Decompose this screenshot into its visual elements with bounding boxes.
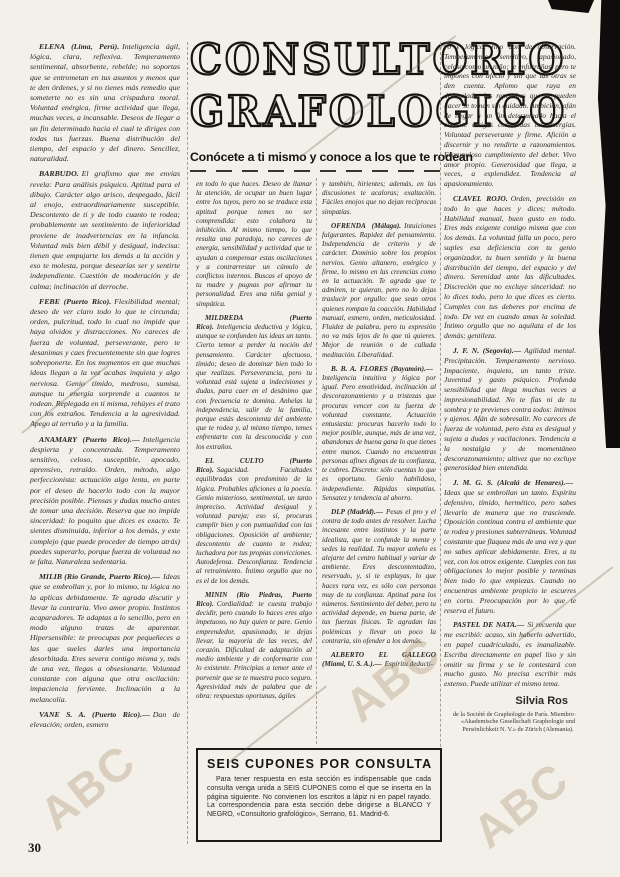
entry-text: Orden, precisión en todo lo que haces y … (444, 194, 576, 340)
entry-heading: VANE S. A. (Puerto Rico).— (39, 710, 150, 719)
scan-edge-bar (596, 0, 620, 448)
entry: OFRENDA (Málaga).Intuiciones fulgurantes… (322, 222, 436, 360)
entry-heading: B. B. A. FLORES (Bayamón).— (331, 365, 433, 373)
entry-text: Agilidad mental. Precipitación. Temperam… (444, 346, 576, 473)
entry-text: Inteligencia ágil, lógica, clara, reflex… (30, 42, 180, 163)
entry-text: en todo lo que haces. Deseo de llamar la… (196, 180, 312, 308)
entry-continuation: vo y lógico; fino don de observación. Te… (444, 42, 576, 189)
page-number: 30 (28, 840, 41, 856)
coupon-box-body: Para tener respuesta en esta sección es … (207, 776, 431, 820)
entry-heading: DLP (Madrid).— (331, 508, 383, 516)
entry-heading: ANAMARY (Puerto Rico).— (39, 435, 140, 444)
text-column-4: vo y lógico; fino don de observación. Te… (444, 42, 576, 842)
entry: BARBUDO.El grafismo que me envías revela… (30, 169, 180, 291)
entry-text: y también, hirientes; además, en las dis… (322, 180, 436, 216)
entry-text: Pesas el pro y el contra de todo antes d… (322, 508, 436, 645)
entry-heading: J. M. G. S. (Alcalá de Henares).— (453, 478, 573, 487)
entry-text: Flexibilidad mental; deseo de ver claro … (30, 297, 180, 428)
entry: FEBE (Puerto Rico).Flexibilidad mental; … (30, 297, 180, 430)
entry: J. F. N. (Segovia).—Agilidad mental. Pre… (444, 346, 576, 473)
entry-text: Inteligencia despierta y concentrada. Te… (30, 435, 180, 566)
entry-text: Sagacidad. Facultades equilibradas con p… (196, 466, 312, 584)
entry: EL CULTO (Puerto Rico).Sagacidad. Facult… (196, 457, 312, 586)
page-title-line-1: CONSULTORIO (190, 32, 440, 87)
entry: VANE S. A. (Puerto Rico).—Dan de elevaci… (30, 710, 180, 730)
coupon-box: SEIS CUPONES POR CONSULTA Para tener res… (196, 748, 442, 842)
entry-heading: PASTEL DE NATA.— (453, 620, 524, 629)
entry: J. M. G. S. (Alcalá de Henares).—Ideas q… (444, 478, 576, 615)
entry-heading: FEBE (Puerto Rico). (39, 297, 111, 306)
entry-text: Ideas que se embrollan y, por lo mismo, … (30, 572, 180, 703)
coupon-box-title: SEIS CUPONES POR CONSULTA (207, 757, 431, 771)
masthead: CONSULTORIO GRAFOLOGICO Conócete a ti mi… (190, 34, 440, 172)
columnist-credit: de la Société de Graphologie de París. M… (444, 711, 576, 733)
column-divider (440, 42, 441, 842)
entry: MILDREDA (Puerto Rico).Inteligencia dedu… (196, 314, 312, 452)
entry-text: Ideas que se embrollan un tanto. Espírit… (444, 488, 576, 615)
entry-heading: OFRENDA (Málaga). (331, 222, 401, 230)
entry: CLAVEL ROJO.Orden, precisión en todo lo … (444, 194, 576, 341)
entry: MILIB (Río Grande, Puerto Rico).—Ideas q… (30, 572, 180, 705)
section-subtitle: Conócete a ti mismo y conoce a los que t… (190, 150, 440, 164)
column-divider (316, 178, 317, 744)
magazine-page-scan: CONSULTORIO GRAFOLOGICO Conócete a ti mi… (0, 0, 620, 877)
entry: ALBERTO EL GALLEGO (Miami, U. S. A.).—Es… (322, 651, 436, 669)
text-column-1: ELENA (Lima, Perú).Inteligencia ágil, ló… (30, 42, 180, 824)
entry-text: Inteligencia intuitiva y lógica por igua… (322, 374, 436, 502)
entry-text: El grafismo que me envías revela: Para a… (30, 169, 180, 290)
entry: ELENA (Lima, Perú).Inteligencia ágil, ló… (30, 42, 180, 164)
entry-heading: BARBUDO. (39, 169, 79, 178)
entry-text: vo y lógico; fino don de observación. Te… (444, 42, 576, 188)
entry: ANAMARY (Puerto Rico).—Inteligencia desp… (30, 435, 180, 568)
entry-heading: J. F. N. (Segovia).— (453, 346, 521, 355)
entry-text: Espíritu deducti- (385, 660, 434, 668)
entry-heading: MILIB (Río Grande, Puerto Rico).— (39, 572, 160, 581)
entry-text: Intuiciones fulgurantes. Rapidez del pen… (322, 222, 436, 359)
entry-continuation: y también, hirientes; además, en las dis… (322, 180, 436, 217)
entry: MININ (Río Piedras, Puerto Rico).Cordial… (196, 591, 312, 701)
entry-text: Si recuerda que me escribió: acaso, sin … (444, 620, 576, 688)
entry: PASTEL DE NATA.—Si recuerda que me escri… (444, 620, 576, 689)
entry-heading: CLAVEL ROJO. (453, 194, 508, 203)
column-divider (187, 42, 188, 844)
dashed-divider (190, 170, 440, 172)
entry-continuation: en todo lo que haces. Deseo de llamar la… (196, 180, 312, 309)
scan-edge-mark (548, 0, 594, 13)
text-column-2: en todo lo que haces. Deseo de llamar la… (196, 180, 312, 742)
entry-text: Inteligencia deductiva y lógica, aunque … (196, 323, 312, 451)
text-column-3: y también, hirientes; además, en las dis… (322, 180, 436, 744)
page-title-line-2: GRAFOLOGICO (190, 84, 440, 139)
columnist-signature: Silvia Ros (444, 697, 576, 707)
entry: DLP (Madrid).—Pesas el pro y el contra d… (322, 508, 436, 646)
entry-heading: ELENA (Lima, Perú). (39, 42, 119, 51)
entry: B. B. A. FLORES (Bayamón).—Inteligencia … (322, 365, 436, 503)
entry-text: Cordialidad: te cuesta trabajo decidir, … (196, 600, 312, 700)
